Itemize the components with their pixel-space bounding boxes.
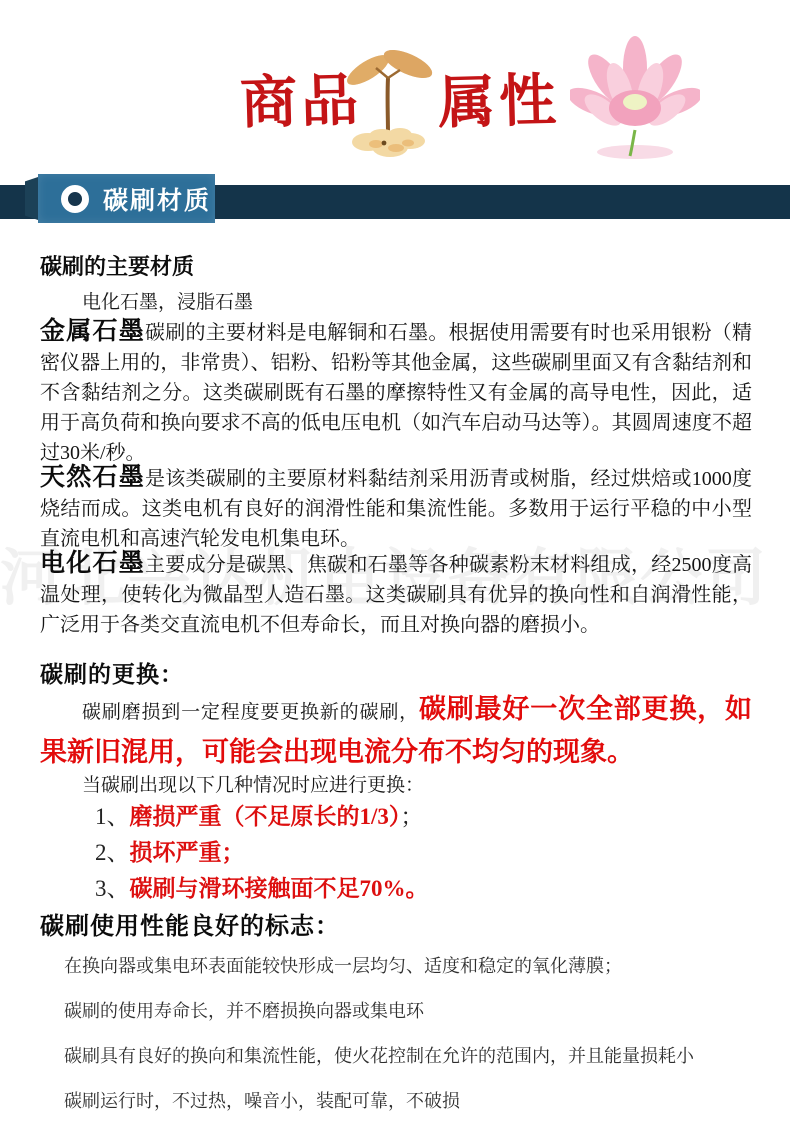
paragraph-electro-graphite: 电化石墨主要成分是碳黑、焦碳和石墨等各种碳素粉末材料组成，经2500度高温处理，…	[40, 548, 752, 640]
list-item: 3、碳刷与滑环接触面不足70%。	[95, 872, 752, 908]
materials-subline: 电化石墨，浸脂石墨	[82, 287, 752, 314]
list-item-text: 碳刷与滑环接触面不足70%。	[130, 876, 429, 901]
list-item-text: 磨损严重（不足原长的1/3）	[130, 804, 401, 829]
sign-line: 碳刷具有良好的换向和集流性能，使火花控制在允许的范围内，并且能量损耗小	[64, 1042, 752, 1087]
list-item: 1、磨损严重（不足原长的1/3）；	[95, 800, 752, 836]
paragraph-natural-graphite: 天然石墨是该类碳刷的主要原材料黏结剂采用沥青或树脂，经过烘焙或1000度烧结而成…	[40, 462, 752, 554]
paragraph-body: 是该类碳刷的主要原材料黏结剂采用沥青或树脂，经过烘焙或1000度烧结而成。这类电…	[40, 468, 752, 550]
replacement-heading: 碳刷的更换：	[40, 656, 752, 689]
good-signs-list: 在换向器或集电环表面能较快形成一层均匀、适度和稳定的氧化薄膜； 碳刷的使用寿命长…	[64, 952, 752, 1130]
good-signs-heading: 碳刷使用性能良好的标志：	[40, 906, 752, 941]
replacement-intro-black: 碳刷磨损到一定程度要更换新的碳刷，	[82, 702, 419, 723]
paragraph-lead: 电化石墨	[40, 549, 145, 577]
sign-line: 在换向器或集电环表面能较快形成一层均匀、适度和稳定的氧化薄膜；	[64, 952, 752, 997]
paragraph-body: 碳刷的主要材料是电解铜和石墨。根据使用需要有时也采用银粉（精密仪器上用的，非常贵…	[40, 322, 752, 464]
list-item: 2、损坏严重；	[95, 836, 752, 872]
list-item-tail: ；	[400, 804, 423, 829]
paragraph-lead: 金属石墨	[40, 317, 145, 345]
list-item-number: 1、	[95, 804, 130, 829]
materials-heading: 碳刷的主要材质	[40, 250, 752, 281]
product-attributes-page: 商品 属性	[0, 0, 790, 1130]
list-item-text: 损坏严重；	[130, 840, 245, 865]
section-banner: 碳刷材质	[0, 0, 790, 230]
paragraph-lead: 天然石墨	[40, 463, 145, 491]
paragraph-metal-graphite: 金属石墨碳刷的主要材料是电解铜和石墨。根据使用需要有时也采用银粉（精密仪器上用的…	[40, 316, 752, 468]
list-item-number: 3、	[95, 876, 130, 901]
banner-label: 碳刷材质	[103, 181, 211, 217]
sign-line: 碳刷运行时，不过热，噪音小，装配可靠，不破损	[64, 1087, 752, 1130]
replacement-intro: 碳刷磨损到一定程度要更换新的碳刷，碳刷最好一次全部更换，如果新旧混用，可能会出现…	[40, 690, 752, 776]
replacement-conditions-intro: 当碳刷出现以下几种情况时应进行更换：	[82, 770, 752, 797]
banner-tab: 碳刷材质	[38, 174, 215, 223]
ring-bullet-icon	[61, 185, 89, 213]
paragraph-body: 主要成分是碳黑、焦碳和石墨等各种碳素粉末材料组成，经2500度高温处理，使转化为…	[40, 554, 752, 636]
list-item-number: 2、	[95, 840, 130, 865]
replacement-conditions-list: 1、磨损严重（不足原长的1/3）； 2、损坏严重； 3、碳刷与滑环接触面不足70…	[95, 800, 752, 908]
sign-line: 碳刷的使用寿命长，并不磨损换向器或集电环	[64, 997, 752, 1042]
